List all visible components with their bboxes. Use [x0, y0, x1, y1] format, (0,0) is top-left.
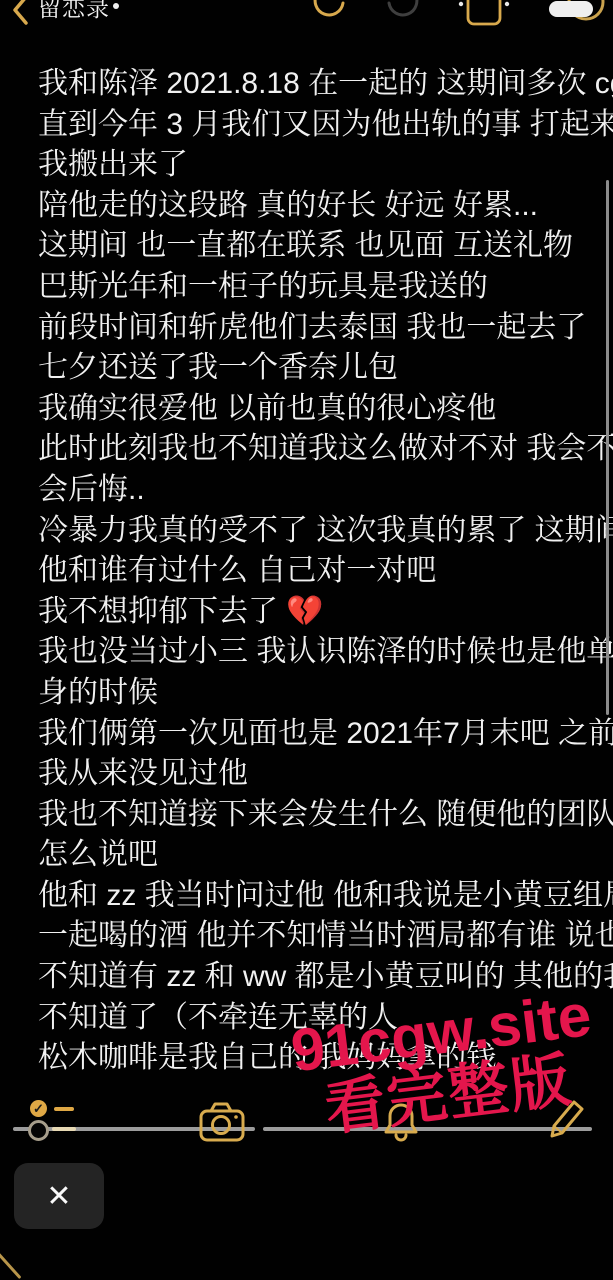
close-button[interactable]: ✕: [14, 1163, 104, 1229]
checklist-line: [52, 1127, 76, 1131]
note-line: 这期间 也一直都在联系 也见面 互送礼物: [38, 226, 598, 267]
cursor-dot: [113, 3, 119, 9]
close-icon: ✕: [46, 1179, 71, 1214]
note-line: 会后悔..: [38, 470, 598, 511]
note-line: 他和 zz 我当时问过他 他和我说是小黄豆组局: [38, 876, 598, 917]
note-line: 我们俩第一次见面也是 2021年7月末吧 之前: [38, 714, 598, 755]
note-line: 他和谁有过什么 自己对一对吧: [38, 551, 598, 592]
header-bar: 留恋录: [0, 0, 613, 26]
note-line: 一起喝的酒 他并不知情当时酒局都有谁 说也: [38, 916, 598, 957]
note-line: 直到今年 3 月我们又因为他出轨的事 打起来: [38, 105, 598, 146]
check-circle-icon: ✓: [30, 1100, 47, 1117]
note-line: 陪他走的这段路 真的好长 好远 好累...: [38, 186, 598, 227]
note-line: 我确实很爱他 以前也真的很心疼他: [38, 389, 598, 430]
note-line: 七夕还送了我一个香奈儿包: [38, 348, 598, 389]
note-content[interactable]: 我和陈泽 2021.8.18 在一起的 这期间多次 cg 直到今年 3 月我们又…: [38, 64, 598, 1079]
note-line: 冷暴力我真的受不了 这次我真的累了 这期间: [38, 511, 598, 552]
note-line: 身的时候: [38, 673, 598, 714]
note-line: 巴斯光年和一柜子的玩具是我送的: [38, 267, 598, 308]
note-line: 我也没当过小三 我认识陈泽的时候也是他单: [38, 632, 598, 673]
checklist-line: [54, 1107, 74, 1111]
note-line: 我不想抑郁下去了 💔: [38, 592, 598, 633]
note-line: 我搬出来了: [38, 145, 598, 186]
corner-pen-stroke: [0, 1252, 21, 1279]
note-line: 我从来没见过他: [38, 754, 598, 795]
note-line: 此时此刻我也不知道我这么做对不对 我会不: [38, 429, 598, 470]
undo-icon[interactable]: [310, 0, 348, 27]
scrollbar[interactable]: [606, 180, 609, 715]
empty-circle-icon: [28, 1120, 49, 1141]
note-line: 我和陈泽 2021.8.18 在一起的 这期间多次 cg: [38, 64, 598, 105]
note-line: 怎么说吧: [38, 835, 598, 876]
redo-icon[interactable]: [384, 0, 422, 27]
done-pill-icon[interactable]: [548, 0, 594, 23]
note-line: 前段时间和斩虎他们去泰国 我也一起去了: [38, 308, 598, 349]
back-icon[interactable]: [10, 0, 32, 30]
camera-icon[interactable]: [199, 1102, 245, 1147]
checklist-icon[interactable]: ✓: [26, 1098, 86, 1142]
export-icon[interactable]: [458, 0, 510, 31]
note-line: 我也不知道接下来会发生什么 随便他的团队: [38, 795, 598, 836]
page-title: 留恋录: [38, 0, 110, 23]
